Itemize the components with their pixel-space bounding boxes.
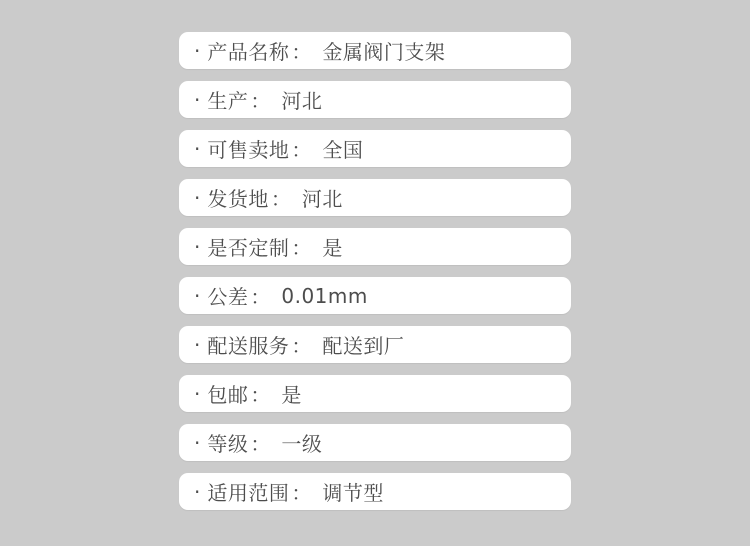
attribute-label: 生产 xyxy=(207,85,248,114)
attribute-label: 等级 xyxy=(207,428,248,457)
attribute-colon: ： xyxy=(291,330,311,359)
bullet-dot-icon: · xyxy=(194,382,200,406)
attribute-value: 河北 xyxy=(281,85,322,114)
attribute-row-production: · 生产 ： 河北 xyxy=(179,81,571,118)
attribute-label: 是否定制 xyxy=(207,232,289,261)
attribute-label: 配送服务 xyxy=(207,330,289,359)
attribute-value: 一级 xyxy=(281,428,322,457)
attribute-colon: ： xyxy=(271,183,291,212)
attribute-label: 发货地 xyxy=(207,183,269,212)
bullet-dot-icon: · xyxy=(194,137,200,161)
attribute-value: 调节型 xyxy=(322,477,384,506)
attribute-label: 适用范围 xyxy=(207,477,289,506)
attribute-colon: ： xyxy=(250,281,270,310)
attribute-row-tolerance: · 公差 ： 0.01mm xyxy=(179,277,571,314)
attribute-colon: ： xyxy=(250,428,270,457)
attribute-label: 包邮 xyxy=(207,379,248,408)
attribute-value: 金属阀门支架 xyxy=(322,36,445,65)
attribute-label: 可售卖地 xyxy=(207,134,289,163)
attribute-row-delivery-service: · 配送服务 ： 配送到厂 xyxy=(179,326,571,363)
attribute-colon: ： xyxy=(291,477,311,506)
bullet-dot-icon: · xyxy=(194,39,200,63)
attribute-value: 配送到厂 xyxy=(322,330,404,359)
bullet-dot-icon: · xyxy=(194,284,200,308)
attribute-value: 0.01mm xyxy=(281,284,368,308)
attribute-colon: ： xyxy=(250,85,270,114)
bullet-dot-icon: · xyxy=(194,431,200,455)
attribute-row-sale-area: · 可售卖地 ： 全国 xyxy=(179,130,571,167)
bullet-dot-icon: · xyxy=(194,235,200,259)
attribute-value: 是 xyxy=(322,232,343,261)
attribute-row-ship-from: · 发货地 ： 河北 xyxy=(179,179,571,216)
bullet-dot-icon: · xyxy=(194,333,200,357)
attribute-colon: ： xyxy=(291,36,311,65)
bullet-dot-icon: · xyxy=(194,480,200,504)
bullet-dot-icon: · xyxy=(194,186,200,210)
attribute-colon: ： xyxy=(291,232,311,261)
attribute-label: 产品名称 xyxy=(207,36,289,65)
bullet-dot-icon: · xyxy=(194,88,200,112)
attribute-row-free-shipping: · 包邮 ： 是 xyxy=(179,375,571,412)
product-attribute-list: · 产品名称 ： 金属阀门支架 · 生产 ： 河北 · 可售卖地 ： 全国 · … xyxy=(179,0,571,510)
attribute-value: 河北 xyxy=(302,183,343,212)
attribute-colon: ： xyxy=(291,134,311,163)
attribute-label: 公差 xyxy=(207,281,248,310)
attribute-row-customizable: · 是否定制 ： 是 xyxy=(179,228,571,265)
attribute-row-grade: · 等级 ： 一级 xyxy=(179,424,571,461)
attribute-value: 全国 xyxy=(322,134,363,163)
attribute-row-application-range: · 适用范围 ： 调节型 xyxy=(179,473,571,510)
attribute-colon: ： xyxy=(250,379,270,408)
attribute-value: 是 xyxy=(281,379,302,408)
attribute-row-product-name: · 产品名称 ： 金属阀门支架 xyxy=(179,32,571,69)
